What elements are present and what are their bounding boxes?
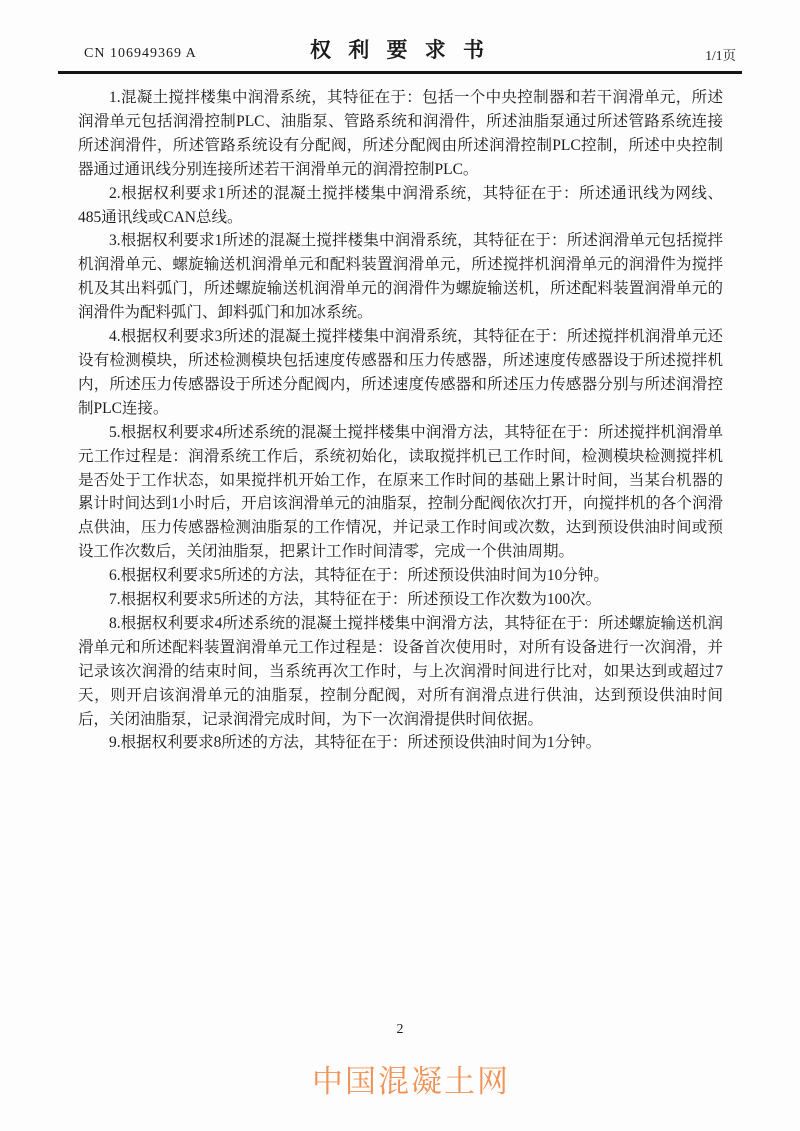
claim-paragraph: 4.根据权利要求3所述的混凝土搅拌楼集中润滑系统，其特征在于：所述搅拌机润滑单元… <box>78 325 723 421</box>
patent-claims-page: CN 106949369 A 权 利 要 求 书 1/1页 1.混凝土搅拌楼集中… <box>0 0 800 1131</box>
page-header: CN 106949369 A 权 利 要 求 书 1/1页 <box>58 0 742 72</box>
claim-paragraph: 2.根据权利要求1所述的混凝土搅拌楼集中润滑系统，其特征在于：所述通讯线为网线、… <box>78 182 723 230</box>
claim-paragraph: 5.根据权利要求4所述系统的混凝土搅拌楼集中润滑方法，其特征在于：所述搅拌机润滑… <box>78 421 723 564</box>
claims-body: 1.混凝土搅拌楼集中润滑系统，其特征在于：包括一个中央控制器和若干润滑单元，所述… <box>78 86 723 755</box>
claim-paragraph: 9.根据权利要求8所述的方法，其特征在于：所述预设供油时间为1分钟。 <box>78 731 723 755</box>
header-divider <box>58 71 742 74</box>
claim-paragraph: 8.根据权利要求4所述系统的混凝土搅拌楼集中润滑方法，其特征在于：所述螺旋输送机… <box>78 612 723 732</box>
claim-paragraph: 3.根据权利要求1所述的混凝土搅拌楼集中润滑系统，其特征在于：所述润滑单元包括搅… <box>78 229 723 325</box>
claim-paragraph: 1.混凝土搅拌楼集中润滑系统，其特征在于：包括一个中央控制器和若干润滑单元，所述… <box>78 86 723 182</box>
claim-paragraph: 6.根据权利要求5所述的方法，其特征在于：所述预设供油时间为10分钟。 <box>78 564 723 588</box>
watermark-text: 中国混凝土网 <box>11 1056 800 1101</box>
claim-paragraph: 7.根据权利要求5所述的方法，其特征在于：所述预设工作次数为100次。 <box>78 588 723 612</box>
page-indicator: 1/1页 <box>705 44 736 64</box>
document-title: 权 利 要 求 书 <box>58 34 742 64</box>
page-number: 2 <box>0 1022 800 1038</box>
